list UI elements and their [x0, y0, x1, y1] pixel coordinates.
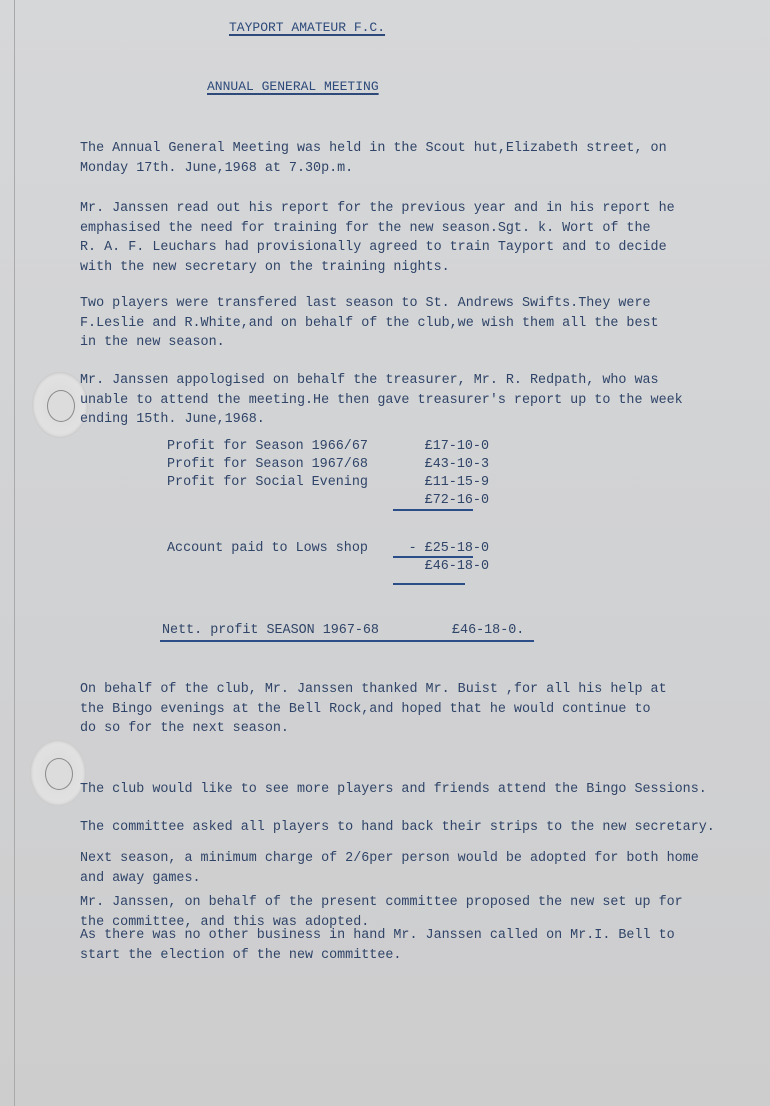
ledger-amount: £43-10-3: [397, 456, 489, 474]
nett-profit-amount: £46-18-0.: [452, 623, 524, 638]
club-title: TAYPORT AMATEUR F.C.: [229, 20, 385, 35]
paragraph-thanks: On behalf of the club, Mr. Janssen thank…: [80, 680, 667, 739]
nett-profit-label: Nett. profit SEASON 1967-68: [162, 623, 379, 638]
paragraph-charge: Next season, a minimum charge of 2/6per …: [80, 849, 699, 888]
typewritten-page: TAYPORT AMATEUR F.C. ANNUAL GENERAL MEET…: [0, 0, 770, 1106]
paragraph-meeting-details: The Annual General Meeting was held in t…: [80, 139, 667, 178]
paragraph-strips: The committee asked all players to hand …: [80, 818, 715, 838]
nett-profit-underline: [160, 640, 534, 642]
paragraph-report: Mr. Janssen read out his report for the …: [80, 199, 675, 277]
nett-profit-line: Nett. profit SEASON 1967-68 £46-18-0.: [162, 623, 379, 638]
punch-hole-icon: [45, 758, 73, 790]
ledger-subtotal: £72-16-0: [397, 492, 489, 510]
paragraph-treasurer-apology: Mr. Janssen appologised on behalf the tr…: [80, 371, 683, 430]
ledger-label: Profit for Season 1966/67: [167, 438, 368, 456]
ledger-amount: £11-15-9: [397, 474, 489, 492]
paragraph-election: As there was no other business in hand M…: [80, 926, 675, 965]
subtotal-rule: [393, 509, 473, 511]
page-edge: [14, 0, 15, 1106]
punch-hole-icon: [47, 390, 75, 422]
paragraph-transfers: Two players were transfered last season …: [80, 294, 659, 353]
total-rule: [393, 556, 473, 558]
final-rule: [393, 583, 465, 585]
ledger-label: Account paid to Lows shop: [167, 540, 368, 558]
ledger-amount: £17-10-0: [397, 438, 489, 456]
meeting-title: ANNUAL GENERAL MEETING: [207, 79, 379, 94]
punch-hole-reinforcement-bottom: [30, 740, 86, 806]
paragraph-bingo: The club would like to see more players …: [80, 780, 707, 800]
ledger-label: Profit for Social Evening: [167, 474, 368, 492]
ledger-total: £46-18-0: [397, 558, 489, 576]
ledger-label: Profit for Season 1967/68: [167, 456, 368, 474]
